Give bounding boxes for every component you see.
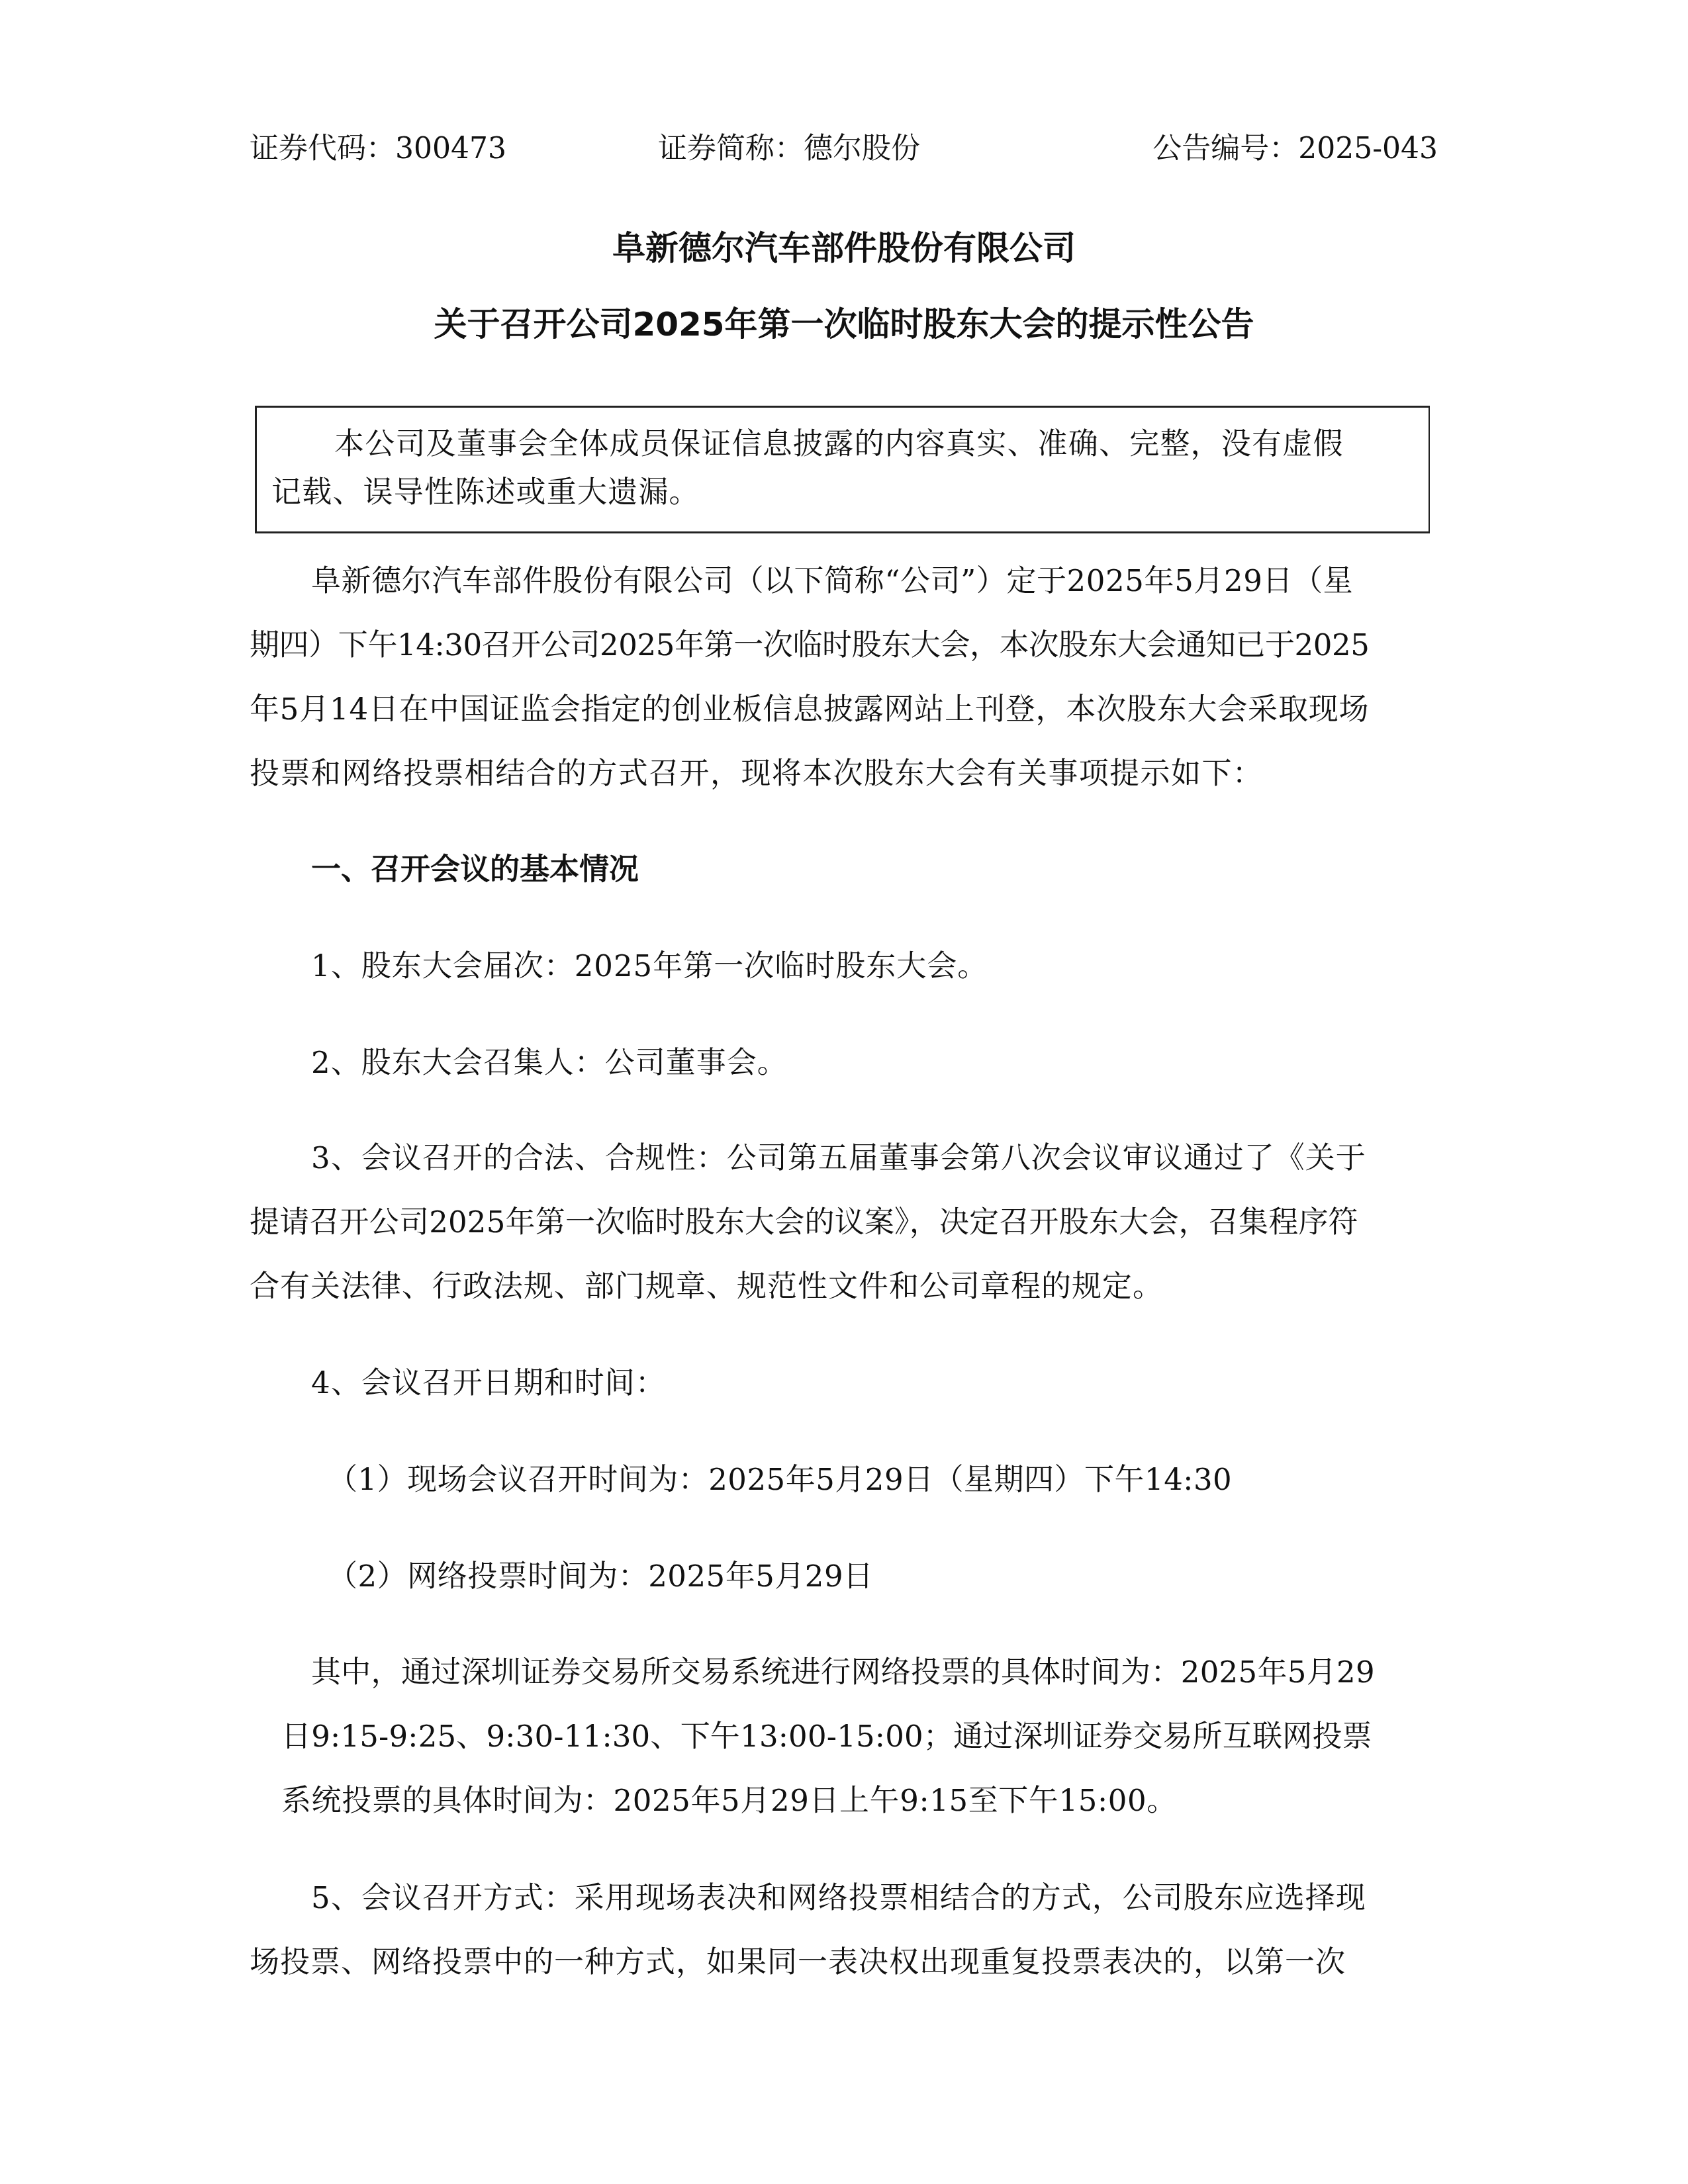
item-4-detail-line: 日9:15-9:25、9:30-11:30、下午13:00-15:00；通过深圳…	[281, 1717, 1372, 1756]
item-2: 2、股东大会召集人：公司董事会。	[311, 1043, 788, 1083]
intro-line: 投票和网络投票相结合的方式召开，现将本次股东大会有关事项提示如下：	[250, 754, 1263, 794]
document-page: 证券代码：300473 证券简称：德尔股份 公告编号：2025-043 阜新德尔…	[0, 0, 1688, 2184]
item-1: 1、股东大会届次：2025年第一次临时股东大会。	[311, 946, 988, 986]
document-header: 证券代码：300473 证券简称：德尔股份 公告编号：2025-043	[250, 129, 1438, 169]
stock-short-name: 证券简称：德尔股份	[658, 129, 920, 169]
intro-line: 阜新德尔汽车部件股份有限公司（以下简称“公司”）定于2025年5月29日（星	[311, 561, 1353, 601]
item-4-sub-1: （1）现场会议召开时间为：2025年5月29日（星期四）下午14:30	[328, 1460, 1232, 1500]
item-4-sub-2: （2）网络投票时间为：2025年5月29日	[328, 1557, 874, 1596]
item-3-line: 3、会议召开的合法、合规性：公司第五届董事会第八次会议审议通过了《关于	[311, 1138, 1366, 1178]
disclaimer-line: 记载、误导性陈述或重大遗漏。	[271, 473, 700, 512]
item-5-line: 场投票、网络投票中的一种方式，如果同一表决权出现重复投票表决的，以第一次	[250, 1942, 1346, 1982]
intro-line: 期四）下午14:30召开公司2025年第一次临时股东大会，本次股东大会通知已于2…	[250, 625, 1370, 665]
company-title: 阜新德尔汽车部件股份有限公司	[0, 225, 1688, 271]
disclaimer-box: 本公司及董事会全体成员保证信息披露的内容真实、准确、完整，没有虚假 记载、误导性…	[255, 406, 1430, 533]
item-4-detail-line: 系统投票的具体时间为：2025年5月29日上午9:15至下午15:00。	[281, 1781, 1177, 1821]
disclaimer-line: 本公司及董事会全体成员保证信息披露的内容真实、准确、完整，没有虚假	[334, 424, 1344, 464]
stock-code: 证券代码：300473	[250, 129, 506, 169]
item-4-detail-line: 其中，通过深圳证券交易所交易系统进行网络投票的具体时间为：2025年5月29	[311, 1653, 1375, 1692]
item-5-line: 5、会议召开方式：采用现场表决和网络投票相结合的方式，公司股东应选择现	[311, 1878, 1366, 1918]
notice-number: 公告编号：2025-043	[1152, 129, 1438, 169]
notice-title: 关于召开公司2025年第一次临时股东大会的提示性公告	[0, 301, 1688, 347]
intro-line: 年5月14日在中国证监会指定的创业板信息披露网站上刊登，本次股东大会采取现场	[250, 690, 1369, 729]
item-4-label: 4、会议召开日期和时间：	[311, 1363, 666, 1403]
section-heading: 一、召开会议的基本情况	[311, 850, 639, 889]
item-3-line: 合有关法律、行政法规、部门规章、规范性文件和公司章程的规定。	[250, 1267, 1163, 1306]
item-3-line: 提请召开公司2025年第一次临时股东大会的议案》，决定召开股东大会，召集程序符	[250, 1203, 1358, 1242]
